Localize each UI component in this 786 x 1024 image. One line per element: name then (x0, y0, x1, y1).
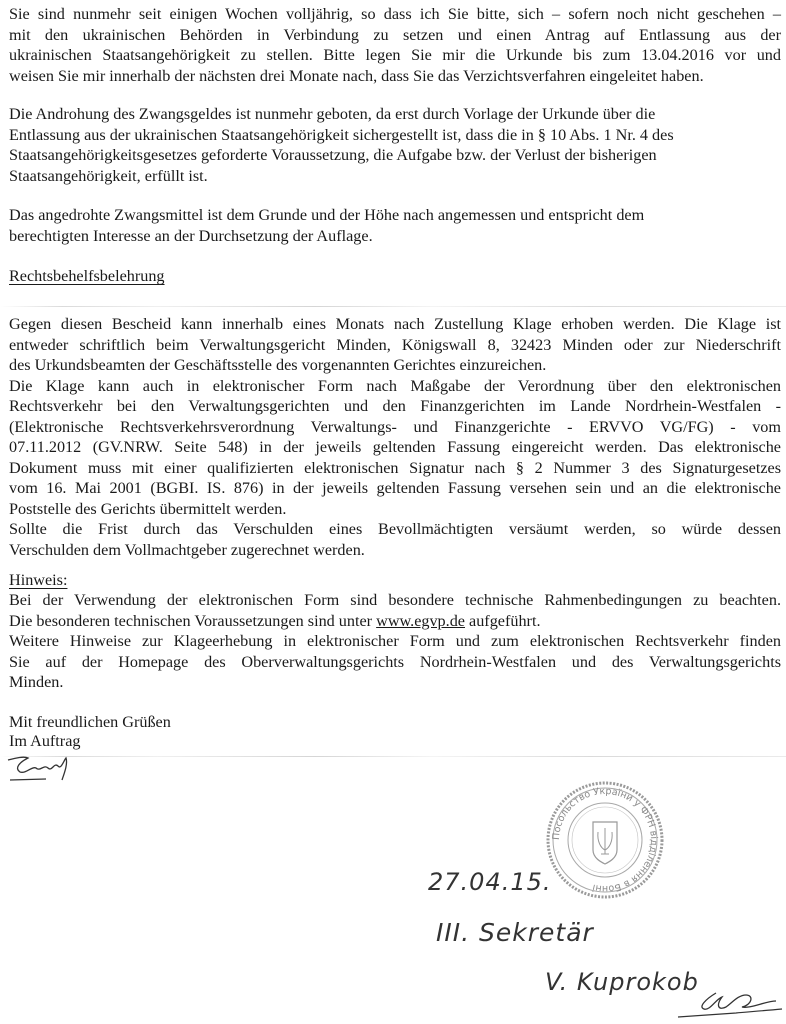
text-line: Poststelle des Gerichts übermittelt werd… (9, 499, 781, 520)
text-line: Bei der Verwendung der elektronischen Fo… (9, 590, 781, 611)
text-line: Sie auf der Homepage des Oberverwaltungs… (9, 652, 781, 673)
text-line: entweder schriftlich beim Verwaltungsger… (9, 335, 781, 356)
text-line: (Elektronische Rechtsverkehrsverordnung … (9, 417, 781, 438)
text-line: ukrainischen Staatsangehörigkeit zu stel… (9, 45, 781, 66)
text-line: Sie sind nunmehr seit einigen Wochen vol… (9, 4, 781, 25)
heading-rechtsbehelfsbelehrung: Rechtsbehelfsbelehrung (9, 266, 165, 286)
egvp-link[interactable]: www.egvp.de (376, 612, 465, 630)
paragraph-zwangsmittel: Das angedrohte Zwangsmittel ist dem Grun… (9, 205, 739, 246)
text-segment: aufgeführt. (465, 612, 541, 630)
handwritten-date: 27.04.15. (428, 868, 552, 896)
handwritten-title: III. Sekretär (436, 918, 594, 947)
paragraph-intro: Sie sind nunmehr seit einigen Wochen vol… (9, 4, 781, 86)
text-line: 07.11.2012 (GV.NRW. Seite 548) in der je… (9, 437, 781, 458)
text-line: Staatsangehörigkeitsgesetzes geforderte … (9, 145, 739, 166)
text-line: Entlassung aus der ukrainischen Staatsan… (9, 125, 739, 146)
embassy-stamp-icon: Посольство України у ФРН відділення в Бо… (545, 780, 665, 900)
heading-hinweis: Hinweis: (9, 570, 67, 590)
text-line: Die Androhung des Zwangsgeldes ist nunme… (9, 104, 739, 125)
text-line: Das angedrohte Zwangsmittel ist dem Grun… (9, 205, 739, 226)
text-line: Weitere Hinweise zur Klageerhebung in el… (9, 631, 781, 652)
text-line: Die Klage kann auch in elektronischer Fo… (9, 376, 781, 397)
paper-fold-line (0, 756, 786, 757)
text-line: Gegen diesen Bescheid kann innerhalb ein… (9, 314, 781, 335)
paper-fold-line (0, 306, 786, 307)
text-line: Dokument muss mit einer qualifizierten e… (9, 458, 781, 479)
text-line: Sollte die Frist durch das Verschulden e… (9, 519, 781, 540)
text-segment: Die besonderen technischen Voraussetzung… (9, 612, 376, 630)
text-line: mit den ukrainischen Behörden in Verbind… (9, 25, 781, 46)
text-line: Die besonderen technischen Voraussetzung… (9, 611, 781, 632)
signature-scribble-icon (6, 752, 76, 788)
text-line: vom 16. Mai 2001 (BGBI. IS. 876) in der … (9, 478, 781, 499)
text-line: Staatsangehörigkeit, erfüllt ist. (9, 166, 739, 187)
text-line: des Urkundsbeamten der Geschäftsstelle d… (9, 355, 781, 376)
paragraph-rechtsbehelf: Gegen diesen Bescheid kann innerhalb ein… (9, 314, 781, 560)
text-line: Rechtsverkehr bei den Verwaltungsgericht… (9, 396, 781, 417)
official-signature-icon (676, 985, 786, 1021)
paragraph-androhung: Die Androhung des Zwangsgeldes ist nunme… (9, 104, 739, 186)
scanned-letter-page: Sie sind nunmehr seit einigen Wochen vol… (0, 0, 786, 1024)
closing-im-auftrag: Im Auftrag (9, 731, 80, 751)
paragraph-hinweis: Bei der Verwendung der elektronischen Fo… (9, 590, 781, 693)
text-line: Minden. (9, 672, 781, 693)
text-line: berechtigten Interesse an der Durchsetzu… (9, 226, 739, 247)
closing-greeting: Mit freundlichen Grüßen (9, 712, 171, 732)
text-line: weisen Sie mir innerhalb der nächsten dr… (9, 66, 781, 87)
text-line: Verschulden dem Vollmachtgeber zugerechn… (9, 540, 781, 561)
